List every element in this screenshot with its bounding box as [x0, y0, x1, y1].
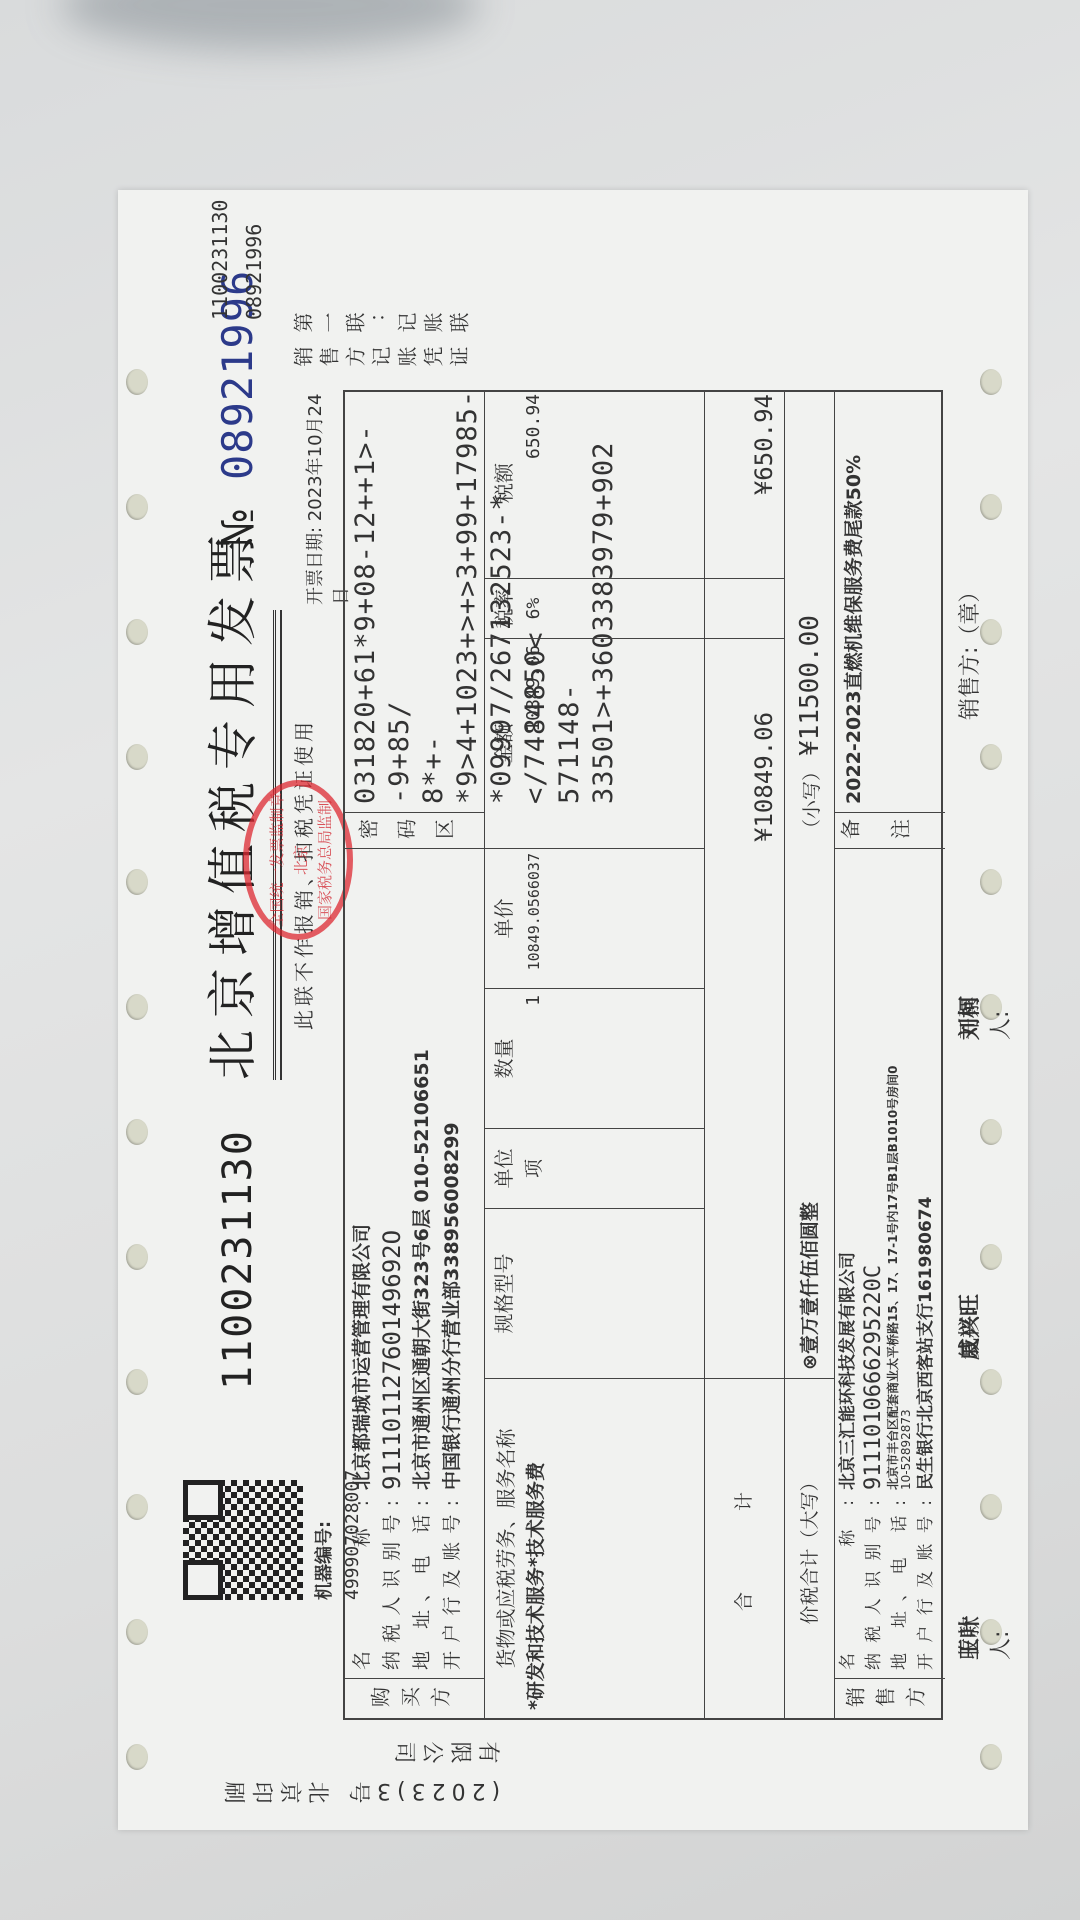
password-area: 031820+61*9+08-12++1>--9+85/ 8*+-*9>4+10…: [345, 388, 484, 812]
tractor-hole: [126, 869, 148, 895]
spec-col: 规格型号: [485, 1208, 704, 1378]
seller-tax-id: 91110106662952​20C: [861, 1265, 887, 1490]
total-tax: ¥650.94: [705, 388, 784, 578]
tractor-holes-top: [126, 190, 166, 1830]
buyer-row: 购买方 名 称:北京都瑞城市运营管理有限公司 纳税人识别号:9111011276…: [345, 392, 485, 1718]
seller-info: 名 称:北京三汇能环科技发展有限公司 纳税人识别号:91110106662952…: [835, 848, 945, 1678]
qr-code: [183, 1480, 303, 1600]
buyer-name: 北京都瑞城市运营管理有限公司: [347, 1224, 377, 1490]
qty-col: 数量 1: [485, 988, 704, 1128]
tractor-hole: [126, 1494, 148, 1520]
seller-seal: 销售方:（章）: [953, 581, 984, 720]
buyer-tax-id: 91110112760149692O: [377, 1230, 407, 1490]
tractor-hole: [126, 369, 148, 395]
password-area-label: 密码区: [345, 812, 484, 848]
total-row: 合 计 ¥10849.06 ¥650.94: [705, 392, 785, 1718]
tractor-hole: [126, 1369, 148, 1395]
tax-bureau-stamp: 全国统一发票监制章 北京 国家税务总局监制: [243, 780, 353, 940]
side-codes: 1100231130 08921996: [203, 200, 271, 320]
seller-phone: 10-52892873: [899, 1409, 913, 1490]
seller-bank: 民生银行北京西客站支行161980674: [913, 1197, 939, 1490]
total-amount: ¥10849.06: [705, 638, 784, 848]
buyer-info: 名 称:北京都瑞城市运营管理有限公司 纳税人识别号:91110112760149…: [345, 848, 484, 1678]
invoice-type-code: 1100231130: [215, 1129, 261, 1390]
buyer-address: 北京市通州区通朝大街323号6层 010-52106651: [407, 1049, 437, 1490]
grand-total-label: 价税合计（大写）: [785, 1378, 834, 1718]
seller-name: 北京三汇能环科技发展有限公司: [835, 1252, 861, 1490]
grand-total-row: 价税合计（大写） ⊗壹万壹仟伍佰圆整 （小写） ¥11500.00: [785, 392, 835, 1718]
rate-col: 税率 6%: [485, 578, 704, 638]
invoice-title: 北京增值税专用发票: [193, 522, 265, 1080]
seller-section-label: 销售方: [835, 1678, 945, 1718]
tractor-hole: [126, 1119, 148, 1145]
price-col: 单价 10849.0566037: [485, 848, 704, 988]
grand-total-upper: ⊗壹万壹仟伍佰圆整: [785, 838, 834, 1378]
item-name: *研发和技术服务*技术服务费: [521, 1387, 551, 1710]
tractor-hole: [126, 1244, 148, 1270]
copy-note: 第一联：记账联 销售方记账凭证: [293, 307, 475, 375]
tractor-hole: [126, 1619, 148, 1645]
seller-row: 销售方 名 称:北京三汇能环科技发展有限公司 纳税人识别号:9111010666…: [835, 392, 945, 1718]
invoice-form: 机器编号: 499907028007 1100231130 北京增值税专用发票 …: [173, 390, 973, 1720]
tractor-hole: [126, 994, 148, 1020]
buyer-bank: 中国银行通州分行营业部338956008299: [437, 1122, 467, 1490]
tractor-hole: [126, 619, 148, 645]
buyer-section-label: 购买方: [345, 1678, 484, 1718]
printer-note: (2023)3号 北京印刷 有限公司: [218, 1730, 500, 1810]
items-row: 货物或应税劳务、服务名称 *研发和技术服务*技术服务费 规格型号 单位 项 数量…: [485, 392, 705, 1718]
item-name-col: 货物或应税劳务、服务名称 *研发和技术服务*技术服务费: [485, 1378, 704, 1718]
number-sign: №: [213, 508, 264, 550]
remarks-text: 2022-2023直燃机维保服务费尾款50%: [835, 388, 945, 812]
tractor-hole: [126, 744, 148, 770]
tractor-hole: [980, 1744, 1002, 1770]
seller-address: 北京市丰台区配套商业太平桥路15、17、17-1号内17号B1层B1010号房间…: [886, 1065, 900, 1490]
tractor-hole: [126, 1744, 148, 1770]
background-shadow: [60, 0, 480, 50]
tractor-hole: [126, 494, 148, 520]
grand-total-lower: ¥11500.00: [795, 615, 825, 756]
invoice-paper: (2023)3号 北京印刷 有限公司 机器编号: 499907028007 11…: [118, 190, 1028, 1830]
amount-col: 金额 10849.06: [485, 638, 704, 848]
unit-col: 单位 项: [485, 1128, 704, 1208]
remarks-label: 备注: [835, 812, 945, 848]
tax-col: 税额 650.94: [485, 388, 704, 578]
signature-footer: 收款人:王叶 复核:戚兴旺 开票人:刘柯 销售方:（章）: [953, 390, 993, 1720]
invoice-grid: 购买方 名 称:北京都瑞城市运营管理有限公司 纳税人识别号:9111011276…: [343, 390, 943, 1720]
total-label: 合 计: [705, 1378, 784, 1718]
